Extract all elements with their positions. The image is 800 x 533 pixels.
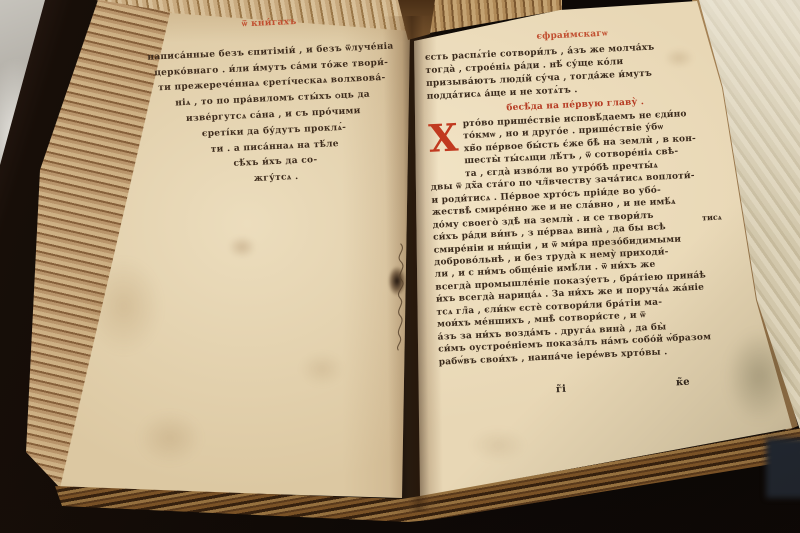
leaf-number: к̃е [676, 377, 690, 389]
quire-signature: г̃і [556, 384, 566, 396]
stain [300, 352, 344, 386]
photo-open-antique-book: ѿ кни́гахъ написа́нные безъ єпитіміи́ , … [0, 0, 800, 533]
stain [86, 258, 162, 354]
margin-catchword: тисѧ [702, 211, 722, 222]
stain [726, 330, 792, 422]
stain [138, 412, 202, 464]
drop-cap-initial: Х [428, 122, 460, 171]
stain [470, 428, 526, 462]
chapter-paragraph: Х рто́во прише́ствіе исповѣ́даемъ не єди… [428, 106, 735, 368]
bottom-right-shadow [766, 438, 800, 498]
stain [228, 236, 256, 258]
handwritten-marginalia [389, 242, 413, 353]
right-page-text-block: єфраи́мскагѡ єсть распѧ́тіе сотвори́лъ ,… [424, 23, 735, 369]
left-page-text-block: ѿ кни́гахъ написа́нные безъ єпитіміи́ , … [140, 10, 405, 192]
